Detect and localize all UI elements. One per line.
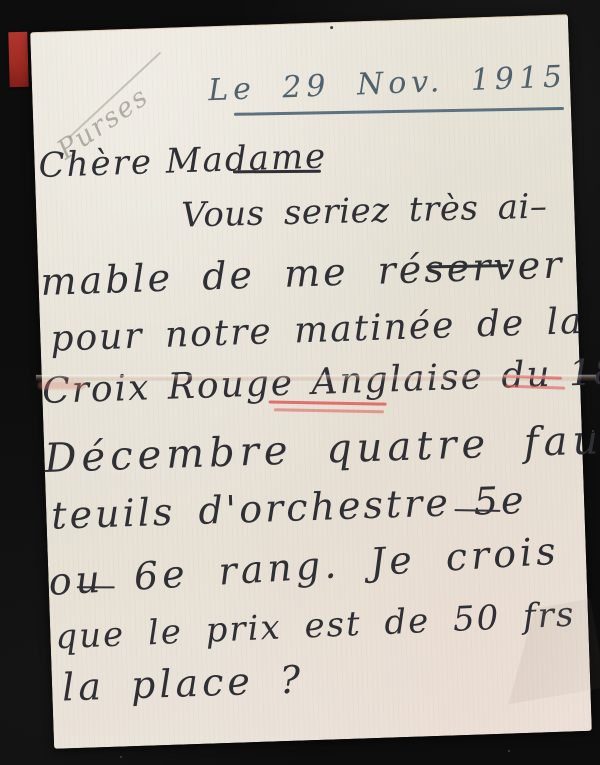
body-line: Décembre quatre fau- <box>44 417 600 482</box>
salutation-line: Chère Madame <box>38 136 328 186</box>
body-line: la place ? <box>61 657 305 709</box>
red-pencil-underline <box>269 400 387 405</box>
fold-crease-tint <box>38 381 86 389</box>
body-line: teuils d'orchestre 5e <box>51 478 528 538</box>
ink-dot <box>330 26 333 29</box>
dust-speck <box>120 756 122 758</box>
body-line: mable de me réserver <box>40 242 565 304</box>
body-line: pour notre matinée de la <box>50 301 585 360</box>
body-line: ou 6e rang. Je crois <box>47 529 560 604</box>
red-pencil-underline <box>274 408 384 413</box>
paper-fold-crease <box>36 375 596 381</box>
body-line: Vous seriez très ai– <box>181 187 548 236</box>
red-label-mark <box>8 32 28 87</box>
letter-paper: Purses Le 29 Nov. 1915 Chère Madame Vous… <box>30 14 592 749</box>
date-line: Le 29 Nov. 1915 <box>208 59 568 108</box>
dust-speck <box>508 750 510 752</box>
photo-background: Purses Le 29 Nov. 1915 Chère Madame Vous… <box>0 0 600 765</box>
date-underline <box>234 107 564 115</box>
